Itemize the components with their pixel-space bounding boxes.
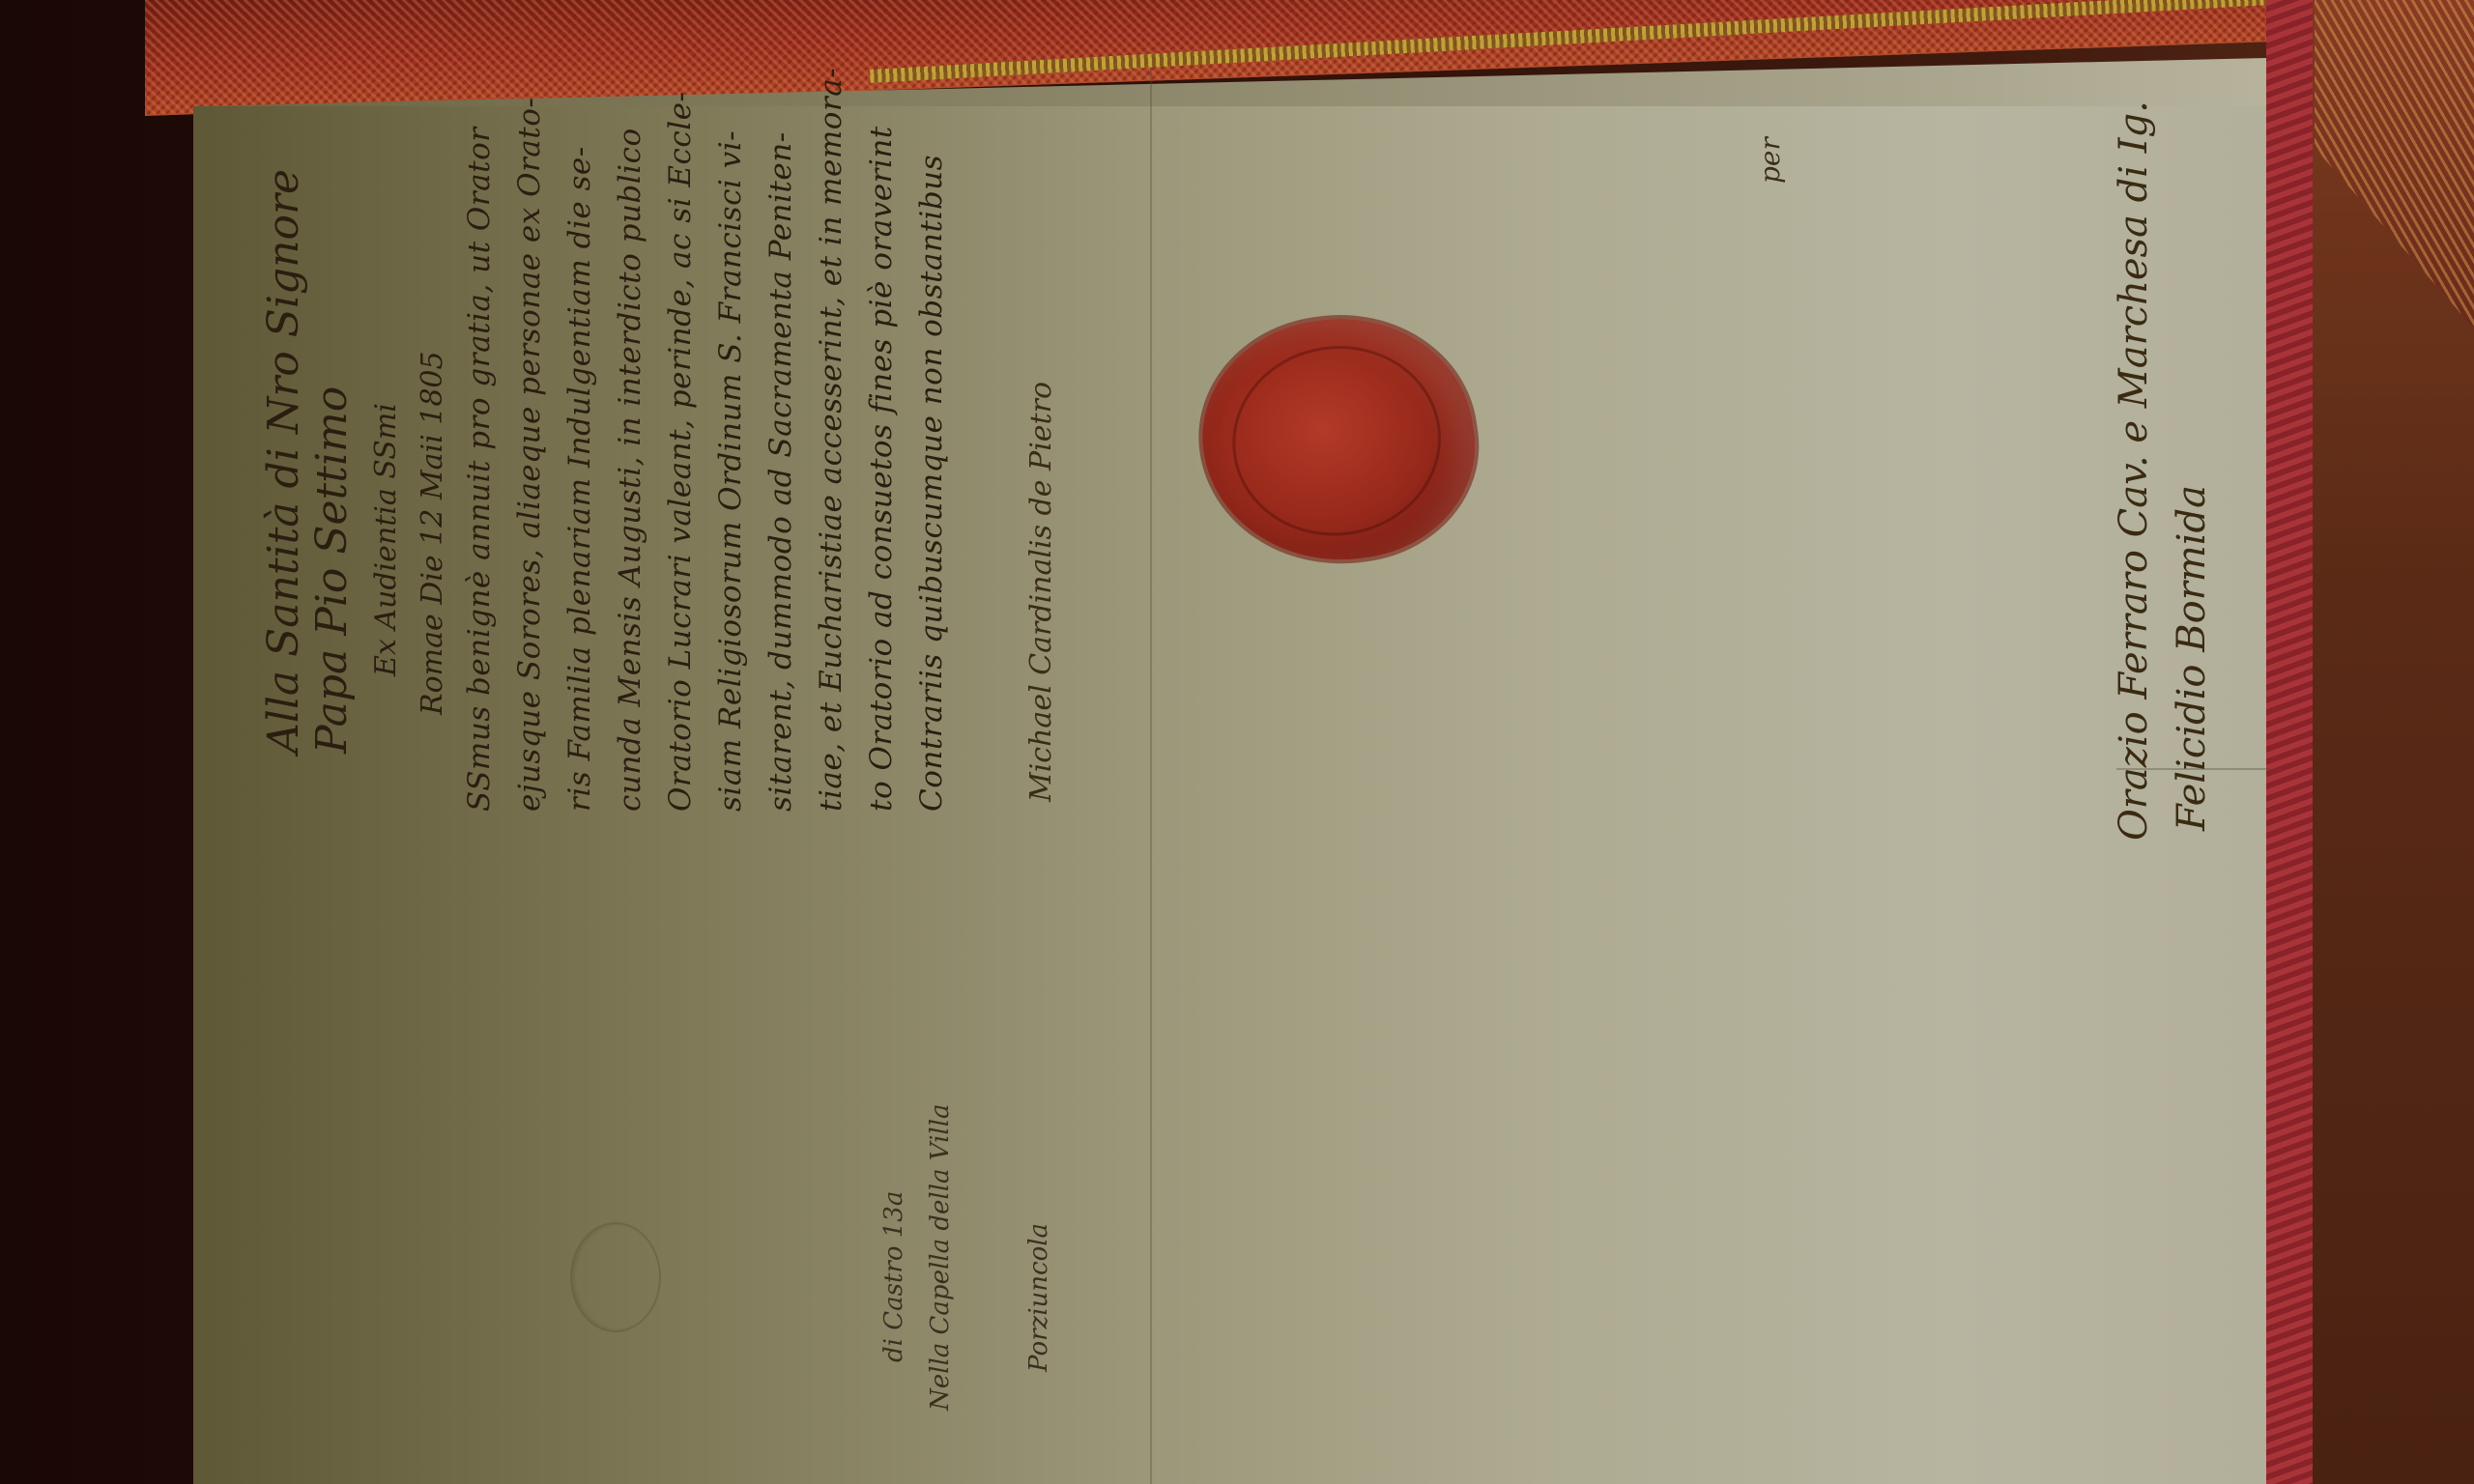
body-line: Oratorio Lucrari valeant, perinde, ac si… [663, 91, 698, 812]
petitioner-line-2: Felicidio Bormida [2170, 485, 2214, 831]
embossed-stamp-icon [570, 1222, 661, 1332]
audience-line-1: Ex Audientia SSmi [369, 403, 403, 676]
body-line: tiae, et Eucharistiae accesserint, et in… [814, 68, 849, 812]
body-line: to Oratorio ad consuetos fines piè orave… [864, 126, 899, 812]
body-line: SSmus benignè annuit pro gratia, ut Orat… [462, 127, 497, 812]
red-binding-strip [2266, 0, 2313, 1484]
body-line: siam Religiosorum Ordinum S. Francisci v… [713, 130, 748, 812]
cardinal-signature: Michael Cardinalis de Pietro [1024, 382, 1058, 802]
address-line-2: Papa Pio Settimo [307, 386, 357, 754]
margin-note-line-1: Porziuncola [1024, 1223, 1053, 1372]
petitioner-line-1: Orazio Ferraro Cav. e Marchesa di Ig. [2112, 100, 2156, 841]
body-line: ris Familia plenariam Indulgentiam die s… [562, 146, 597, 812]
fold-line-vertical [1150, 68, 1152, 1484]
margin-note-line-3: di Castro 13a [879, 1191, 908, 1362]
body-line: cunda Mensis Augusti, in interdicto publ… [613, 128, 647, 812]
body-line: Contrariis quibuscumque non obstantibus [914, 155, 949, 812]
annotation-per: per [1754, 137, 1786, 184]
margin-note-line-2: Nella Capella della Villa [926, 1103, 955, 1411]
body-line: sitarent, dummodo ad Sacramenta Peniten- [763, 131, 798, 812]
audience-line-2: Romae Die 12 Maii 1805 [416, 351, 449, 715]
document-paper [193, 106, 2266, 1484]
seal-impression-ring [1221, 332, 1453, 549]
body-line: ejusque Sorores, aliaeque personae ex Or… [512, 98, 547, 812]
address-line-1: Alla Santità di Nro Signore [259, 169, 308, 754]
